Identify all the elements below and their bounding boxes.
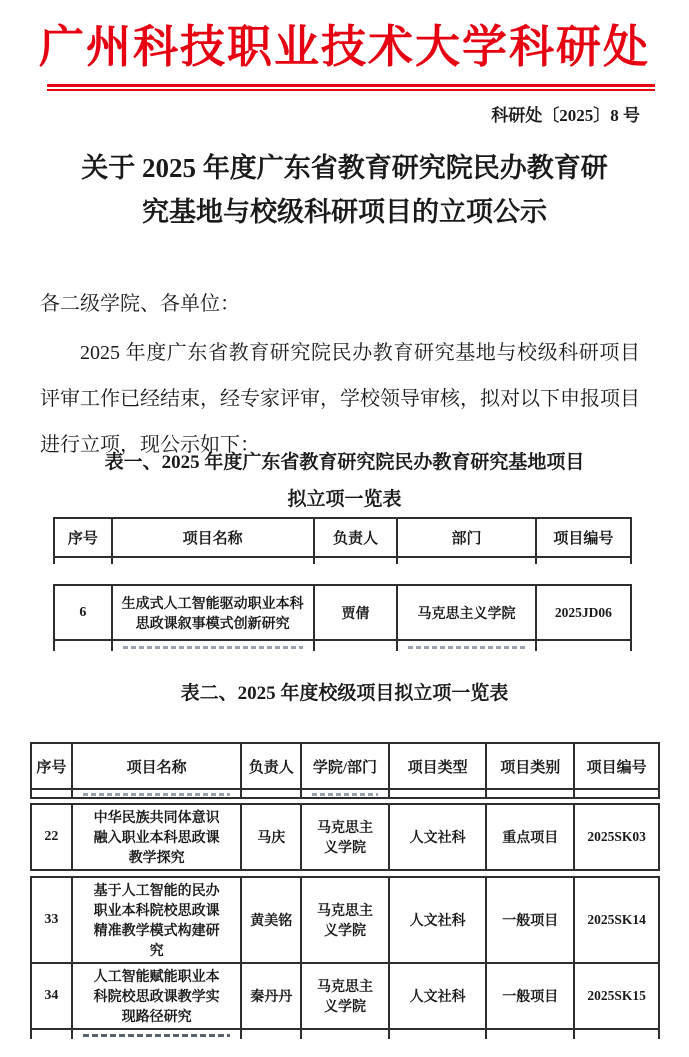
red-rule-bottom bbox=[47, 89, 655, 91]
table1-caption-line1: 表一、2025 年度广东省教育研究院民办教育研究基地项目 bbox=[0, 444, 689, 481]
table1-header-dept: 部门 bbox=[397, 518, 535, 557]
table1-header-code: 项目编号 bbox=[536, 518, 631, 557]
t2-r33-leader: 黄美铭 bbox=[241, 877, 301, 963]
masthead-title: 广州科技职业技术大学科研处 bbox=[0, 10, 689, 75]
table2-row-22: 22 中华民族共同体意识融入职业本科思政课教学探究 马庆 马克思主义学院 人文社… bbox=[30, 803, 660, 871]
table1-header: 序号 项目名称 负责人 部门 项目编号 bbox=[53, 517, 632, 558]
t2-r22-name: 中华民族共同体意识融入职业本科思政课教学探究 bbox=[72, 804, 242, 870]
notice-title: 关于 2025 年度广东省教育研究院民办教育研究基地与校级科研项目的立项公示 bbox=[0, 146, 689, 234]
table1-header-seq: 序号 bbox=[54, 518, 112, 557]
table2-header-name: 项目名称 bbox=[72, 743, 242, 789]
t2-r34-seq: 34 bbox=[31, 963, 72, 1029]
table-row: 22 中华民族共同体意识融入职业本科思政课教学探究 马庆 马克思主义学院 人文社… bbox=[31, 804, 659, 870]
table2-header-seq: 序号 bbox=[31, 743, 72, 789]
t2-r34-type: 人文社科 bbox=[389, 963, 486, 1029]
table2-rows-33-34: 33 基于人工智能的民办职业本科院校思政课精准教学模式构建研究 黄美铭 马克思主… bbox=[30, 876, 660, 1030]
t2-r34-dept: 马克思主义学院 bbox=[301, 963, 389, 1029]
table-row: 33 基于人工智能的民办职业本科院校思政课精准教学模式构建研究 黄美铭 马克思主… bbox=[31, 877, 659, 963]
clipped-text-ghost bbox=[123, 646, 303, 649]
t1-r6-seq: 6 bbox=[54, 585, 112, 640]
table1-clipped-strip-bottom bbox=[53, 641, 632, 651]
t2-r33-code: 2025SK14 bbox=[574, 877, 659, 963]
table2-clipped-strip-top bbox=[30, 790, 660, 799]
table1-clipped-strip-top bbox=[53, 558, 632, 564]
t2-r33-category: 一般项目 bbox=[486, 877, 574, 963]
table1-row-6: 6 生成式人工智能驱动职业本科思政课叙事模式创新研究 贾倩 马克思主义学院 20… bbox=[53, 584, 632, 641]
red-double-rule bbox=[47, 84, 655, 91]
table2-header-code: 项目编号 bbox=[574, 743, 659, 789]
table1-row-fragment: 6 生成式人工智能驱动职业本科思政课叙事模式创新研究 贾倩 马克思主义学院 20… bbox=[53, 584, 632, 651]
table1-header-fragment: 序号 项目名称 负责人 部门 项目编号 bbox=[53, 517, 632, 564]
table2-header-dept: 学院/部门 bbox=[301, 743, 389, 789]
t2-r33-seq: 33 bbox=[31, 877, 72, 963]
clipped-text-ghost bbox=[408, 646, 524, 649]
table-row: 6 生成式人工智能驱动职业本科思政课叙事模式创新研究 贾倩 马克思主义学院 20… bbox=[54, 585, 631, 640]
document-page: 广州科技职业技术大学科研处 科研处〔2025〕8 号 关于 2025 年度广东省… bbox=[0, 0, 689, 1057]
t2-r34-leader: 秦丹丹 bbox=[241, 963, 301, 1029]
t2-r22-type: 人文社科 bbox=[389, 804, 486, 870]
table2-clipped-strip-bottom bbox=[30, 1030, 660, 1039]
t2-r33-type: 人文社科 bbox=[389, 877, 486, 963]
t1-r6-name: 生成式人工智能驱动职业本科思政课叙事模式创新研究 bbox=[112, 585, 314, 640]
table1-header-leader: 负责人 bbox=[314, 518, 398, 557]
table2-header-type: 项目类型 bbox=[389, 743, 486, 789]
table2-row22-fragment: 22 中华民族共同体意识融入职业本科思政课教学探究 马庆 马克思主义学院 人文社… bbox=[30, 803, 660, 871]
clipped-text-ghost bbox=[83, 793, 231, 796]
t1-r6-dept: 马克思主义学院 bbox=[397, 585, 535, 640]
table-row: 34 人工智能赋能职业本科院校思政课教学实现路径研究 秦丹丹 马克思主义学院 人… bbox=[31, 963, 659, 1029]
table1-header-name: 项目名称 bbox=[112, 518, 314, 557]
table2-rows3334-fragment: 33 基于人工智能的民办职业本科院校思政课精准教学模式构建研究 黄美铭 马克思主… bbox=[30, 876, 660, 1039]
t2-r22-dept: 马克思主义学院 bbox=[301, 804, 389, 870]
table2-header-fragment: 序号 项目名称 负责人 学院/部门 项目类型 项目类别 项目编号 bbox=[30, 742, 660, 799]
table2-header: 序号 项目名称 负责人 学院/部门 项目类型 项目类别 项目编号 bbox=[30, 742, 660, 790]
t2-r34-category: 一般项目 bbox=[486, 963, 574, 1029]
red-rule-top bbox=[47, 84, 655, 87]
t2-r34-name: 人工智能赋能职业本科院校思政课教学实现路径研究 bbox=[72, 963, 242, 1029]
t2-r22-category: 重点项目 bbox=[486, 804, 574, 870]
t2-r33-name: 基于人工智能的民办职业本科院校思政课精准教学模式构建研究 bbox=[72, 877, 242, 963]
table2-caption: 表二、2025 年度校级项目拟立项一览表 bbox=[0, 678, 689, 705]
clipped-text-ghost bbox=[83, 1034, 231, 1037]
table2-header-category: 项目类别 bbox=[486, 743, 574, 789]
table1-caption-line2: 拟立项一览表 bbox=[0, 481, 689, 518]
t1-r6-code: 2025JD06 bbox=[536, 585, 631, 640]
salutation: 各二级学院、各单位： bbox=[40, 287, 240, 316]
notice-title-text: 关于 2025 年度广东省教育研究院民办教育研究基地与校级科研项目的立项公示 bbox=[71, 146, 619, 234]
t2-r22-seq: 22 bbox=[31, 804, 72, 870]
table2-header-leader: 负责人 bbox=[241, 743, 301, 789]
clipped-text-ghost bbox=[312, 793, 378, 796]
doc-number: 科研处〔2025〕8 号 bbox=[491, 101, 640, 126]
t1-r6-leader: 贾倩 bbox=[314, 585, 398, 640]
t2-r22-code: 2025SK03 bbox=[574, 804, 659, 870]
t2-r22-leader: 马庆 bbox=[241, 804, 301, 870]
t2-r33-dept: 马克思主义学院 bbox=[301, 877, 389, 963]
t2-r34-code: 2025SK15 bbox=[574, 963, 659, 1029]
table1-caption: 表一、2025 年度广东省教育研究院民办教育研究基地项目 拟立项一览表 bbox=[0, 444, 689, 518]
